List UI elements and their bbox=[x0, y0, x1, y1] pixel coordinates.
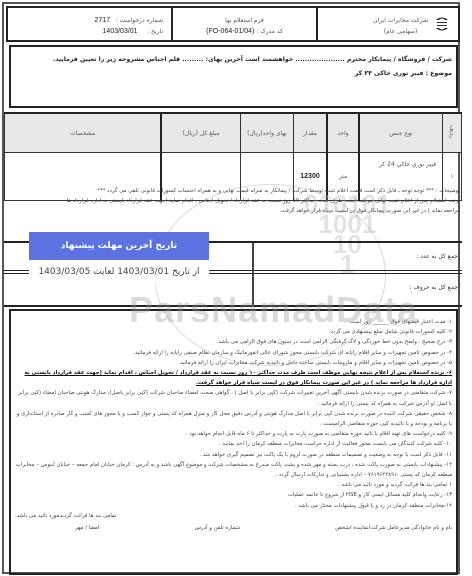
notes-line-1: توضیحات : *** توجه توجه ـ قابل ذکر است ق… bbox=[6, 186, 460, 196]
deadline-banner: تاریخ آخرین مهلت پیشنهاد bbox=[29, 232, 209, 260]
col-item: نوع جنس bbox=[359, 113, 443, 153]
col-unit-price: بهای واحد(ریال) bbox=[241, 113, 294, 153]
request-no-label: شماره درخواست : bbox=[116, 17, 163, 24]
term-item: ۴- در خصوص تامین تجهیزات و سایر اقلام را… bbox=[15, 348, 452, 358]
company-type-text: (سهامی عام) bbox=[373, 26, 428, 37]
total-numeric-label: جمع کل به عدد : bbox=[416, 253, 458, 260]
company-cell: شرکت مخابرات ایران (سهامی عام) bbox=[316, 8, 458, 40]
term-item: ۱ تمامی بند ها قرائت گردید و مورد تائید … bbox=[15, 480, 452, 490]
term-item: ۷- شرکت متقاضی در صورت برنده شدن بایستی … bbox=[15, 388, 452, 408]
signature-name-label: نام و نام خانوادگی مدیرعامل شرکت/نماینده… bbox=[335, 523, 452, 533]
intro-box: شرکت / فروشگاه / پیمانکار محترم ........… bbox=[9, 45, 458, 108]
notes-line-3: مراجعه نماید ) در غیر این صورت پیمانکار … bbox=[6, 206, 460, 216]
form-title-cell: فرم استعلام بها کد مدرک : (FO-064-01/04) bbox=[171, 8, 316, 40]
col-unit: واحد bbox=[327, 113, 359, 153]
request-info-cell: شماره درخواست : 2717 تاریخ : 1403/03/01 bbox=[8, 8, 171, 40]
tci-logo-icon bbox=[434, 15, 450, 33]
deadline-range: از تاریخ 1403/03/01 لغایت 1403/03/05 bbox=[29, 260, 209, 284]
signature-stamp-label: امضا / مهر bbox=[75, 523, 99, 533]
term-item: ۱۰- کلیه شرکت کنندگان می بایست مجوز فعال… bbox=[15, 439, 452, 449]
col-total: مبلغ کل (ریال) bbox=[161, 113, 241, 153]
inquiry-form-page: شرکت مخابرات ایران (سهامی عام) فرم استعل… bbox=[2, 2, 460, 574]
term-item-bold: ۶- برنده استعلام پس از اعلام نتیجه نهایی… bbox=[15, 368, 452, 388]
intro-text: شرکت / فروشگاه / پیمانکار محترم ........… bbox=[15, 53, 452, 67]
totals-divider bbox=[252, 243, 254, 305]
term-item: ۹- کلیه درخواست های تهیه اقلام با تائید … bbox=[15, 429, 452, 439]
term-item: ۱- مدت اعتبار قیمتهای فوق ______ روز است… bbox=[15, 317, 452, 327]
term-item: ۲- کلیه کسورات قانونی شامل مبلغ پیشنهادی… bbox=[15, 327, 452, 337]
term-item: ۱۱- قابل ذکر است با توجه به وضعیت و تصمی… bbox=[15, 450, 452, 460]
form-header: شرکت مخابرات ایران (سهامی عام) فرم استعل… bbox=[6, 6, 460, 42]
term-item: ۱۴-مخابرات منطقه کرمان در رد و یا قبول پ… bbox=[15, 501, 452, 511]
signature-phone-label: شماره تلفن و آدرس bbox=[194, 523, 240, 533]
company-name-text: شرکت مخابرات ایران bbox=[373, 15, 428, 26]
signature-row: نام و نام خانوادگی مدیرعامل شرکت/نماینده… bbox=[15, 523, 452, 533]
col-row: ردیف bbox=[443, 113, 462, 153]
term-item: ۳- درج صحیح ، واضح بدون خط خوردگی و لاک … bbox=[15, 337, 452, 347]
total-words-label: جمع کل به حروف : bbox=[410, 284, 458, 291]
table-header-row: ردیف نوع جنس واحد مقدار بهای واحد(ریال) … bbox=[5, 113, 462, 153]
form-code-label: کد مدرک : bbox=[256, 28, 282, 35]
form-code: (FO-064-01/04) bbox=[206, 28, 254, 35]
form-title: فرم استعلام بها bbox=[173, 15, 316, 26]
signature-confirm: تمامی بند ها قرائت گردیدمورد تائید می با… bbox=[15, 511, 452, 521]
term-item: ۱۳- رعایت وانجام کلیه مسائل ایمنی کار و … bbox=[15, 490, 452, 500]
col-qty: مقدار bbox=[294, 113, 328, 153]
company-name: شرکت مخابرات ایران (سهامی عام) bbox=[373, 15, 428, 37]
notes-section: توضیحات : *** توجه توجه ـ قابل ذکر است ق… bbox=[6, 186, 462, 216]
notes-line-2: برنده استعلام پس از اعلام نتیجه نهایی مو… bbox=[6, 196, 460, 206]
col-specs: مشخصات bbox=[5, 113, 162, 153]
term-item: ۵- در خصوص تامین تجهیزات و سایر اقلام و … bbox=[15, 358, 452, 368]
term-item: ۱۲- پیشنهادات بایستی به صورت پاکت شده ، … bbox=[15, 460, 452, 480]
request-date: 1403/03/01 bbox=[103, 28, 138, 35]
term-item: ۸- شخص حقیقی شرکت کننده در صورت برنده شد… bbox=[15, 409, 452, 429]
subject-text: موضوع : فیبر نوری خاکی ۲۴ کر bbox=[15, 67, 452, 81]
request-no: 2717 bbox=[95, 17, 111, 24]
terms-section: ۱- مدت اعتبار قیمتهای فوق ______ روز است… bbox=[9, 309, 458, 575]
date-label: تاریخ : bbox=[147, 28, 163, 35]
